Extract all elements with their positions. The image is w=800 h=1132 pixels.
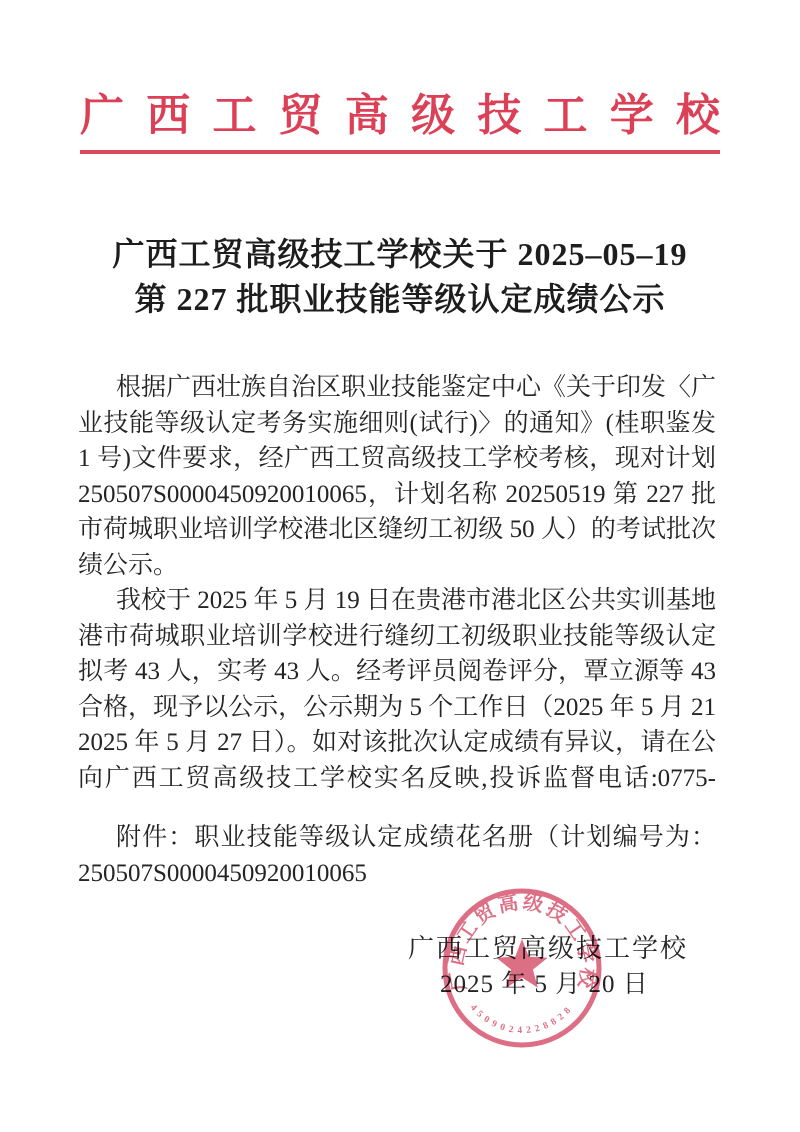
paragraph2-line: 拟考 43 人，实考 43 人。经考评员阅卷评分，覃立源等 43 人成绩: [78, 654, 716, 690]
body-text: 根据广西壮族自治区职业技能鉴定中心《关于印发〈广西职 业技能等级认定考务实施细则…: [78, 370, 716, 796]
document-title-line2: 第 227 批职业技能等级认定成绩公示: [0, 277, 800, 322]
document-page: 广西工贸高级技工学校 广西工贸高级技工学校关于 2025–05–19 第 227…: [0, 0, 800, 1132]
attachment-block: 附件：职业技能等级认定成绩花名册（计划编号为： 250507S000045092…: [78, 820, 716, 892]
seal-serial-number: 4509024228828: [468, 1003, 576, 1036]
attachment-line1: 附件：职业技能等级认定成绩花名册（计划编号为：: [78, 820, 716, 856]
seal-serial-wrap: 4509024228828: [468, 1003, 576, 1036]
seal-star-icon: [496, 939, 547, 988]
document-title-line1: 广西工贸高级技工学校关于 2025–05–19: [0, 232, 800, 277]
attachment-line2: 250507S0000450920010065: [78, 856, 716, 892]
paragraph1-line: 绩公示。: [78, 548, 716, 584]
letterhead-school-name: 广西工贸高级技工学校: [80, 91, 720, 141]
paragraph2-line: 港市荷城职业培训学校进行缝纫工初级职业技能等级认定工作，: [78, 619, 716, 655]
paragraph2-line: 2025 年 5 月 27 日）。如对该批次认定成绩有异议，请在公示期内: [78, 725, 716, 761]
document-title: 广西工贸高级技工学校关于 2025–05–19 第 227 批职业技能等级认定成…: [0, 232, 800, 322]
paragraph1-line: 业技能等级认定考务实施细则(试行)〉的通知》(桂职鉴发〔2021〕: [78, 406, 716, 442]
paragraph1-line: 根据广西壮族自治区职业技能鉴定中心《关于印发〈广西职: [78, 370, 716, 406]
paragraph2-line: 向广西工贸高级技工学校实名反映,投诉监督电话:0775-3898010。: [78, 761, 716, 797]
paragraph2-line: 我校于 2025 年 5 月 19 日在贵港市港北区公共实训基地对贵: [78, 583, 716, 619]
paragraph1-line: 250507S0000450920010065，计划名称 20250519 第 …: [78, 477, 716, 513]
paragraph2-line: 合格，现予以公示，公示期为 5 个工作日（2025 年 5 月 21 日至: [78, 690, 716, 726]
letterhead-rule: [80, 150, 720, 154]
official-seal: 广西工贸高级技工学校 4509024228828: [437, 883, 607, 1053]
paragraph1-line: 市荷城职业培训学校港北区缝纫工初级 50 人）的考试批次进行成: [78, 512, 716, 548]
paragraph1-line: 1 号)文件要求，经广西工贸高级技工学校考核，现对计划编号为：: [78, 441, 716, 477]
